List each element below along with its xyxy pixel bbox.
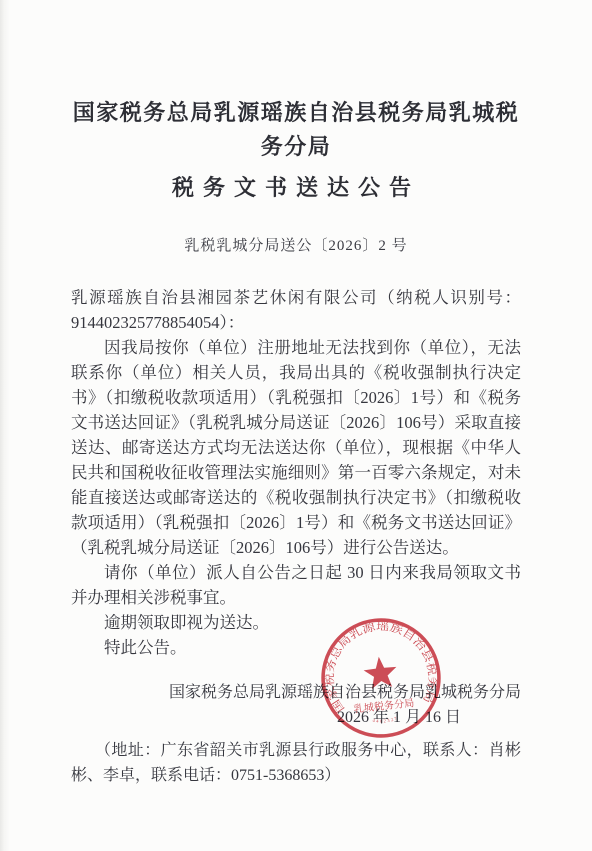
notice-body: 乳源瑶族自治县湘园茶艺休闲有限公司（纳税人识别号：914402325778854… xyxy=(71,285,521,660)
notice-content: 国家税务总局乳源瑶族自治县税务局乳城税务分局 税务文书送达公告 乳税乳城分局送公… xyxy=(0,0,592,788)
body-paragraph-1: 因我局按你（单位）注册地址无法找到你（单位），无法联系你（单位）相关人员，我局出… xyxy=(71,335,521,560)
notice-title-line1: 国家税务总局乳源瑶族自治县税务局乳城税务分局 xyxy=(71,96,521,164)
contact-footer: （地址：广东省韶关市乳源县行政服务中心，联系人：肖彬彬、李卓，联系电话：0751… xyxy=(71,738,521,788)
recipient-paragraph: 乳源瑶族自治县湘园茶艺休闲有限公司（纳税人识别号：914402325778854… xyxy=(71,285,521,335)
notice-title-line2: 税务文书送达公告 xyxy=(71,168,521,208)
notice-title: 国家税务总局乳源瑶族自治县税务局乳城税务分局 税务文书送达公告 xyxy=(71,96,521,208)
date-line: 2026 年 1 月 16 日 xyxy=(71,705,521,730)
body-paragraph-2: 请你（单位）派人自公告之日起 30 日内来我局领取文书并办理相关涉税事宜。 xyxy=(71,560,521,610)
document-number: 乳税乳城分局送公〔2026〕2 号 xyxy=(71,234,521,255)
body-paragraph-3: 逾期领取即视为送达。 xyxy=(71,610,521,635)
document-page: 国家税务总局乳源瑶族自治县税务局乳城税务分局 税务文书送达公告 乳税乳城分局送公… xyxy=(0,0,592,851)
closing-paragraph: 特此公告。 xyxy=(71,635,521,660)
signature-line: 国家税务总局乳源瑶族自治县税务局乳城税务分局 xyxy=(71,680,521,705)
